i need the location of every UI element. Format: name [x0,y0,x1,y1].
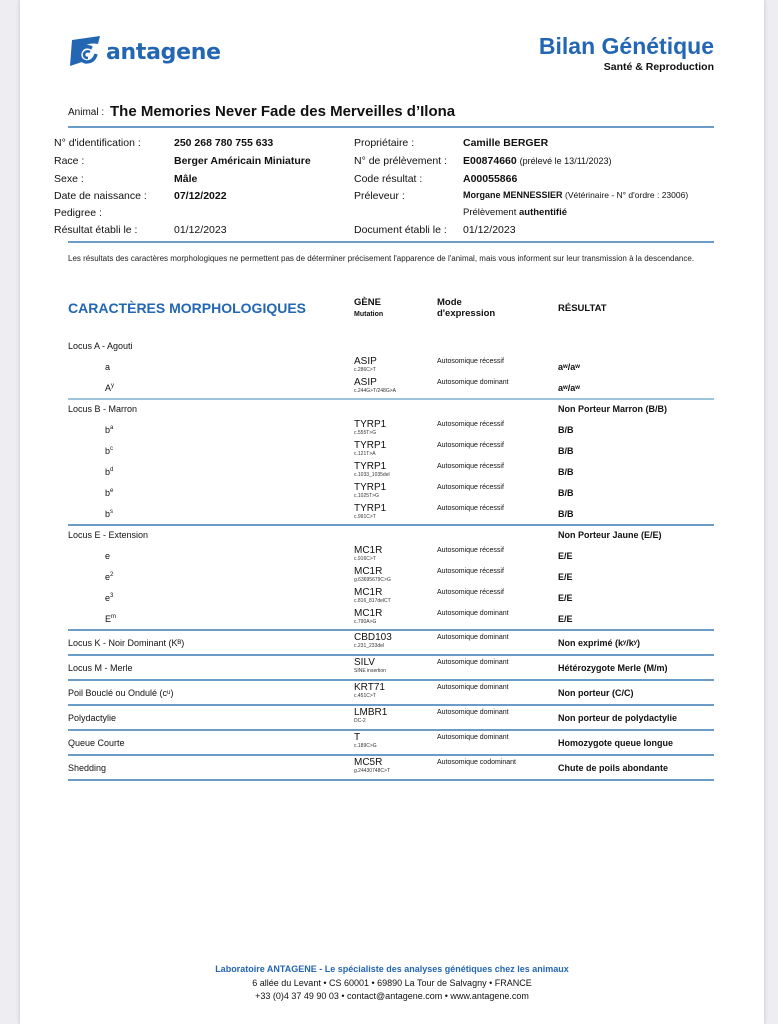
mutation-code: c.790A>G [354,619,382,625]
allele-result: B/B [558,488,574,498]
locus-summary: Non Porteur Jaune (E/E) [558,530,662,540]
info-value: 07/12/2022 [174,190,227,202]
gene-name: MC1R [354,545,382,556]
footer-address: 6 allée du Levant • CS 60001 • 69890 La … [20,978,764,988]
gene-name: T [354,732,360,743]
divider [68,629,714,631]
mode-of-expression: Autosomique codominant [437,759,516,766]
sample-value: E00874660 (prélevé le 13/11/2023) [463,155,612,167]
allele-result: aʷ/aʷ [558,362,580,372]
gene-name: KRT71 [354,682,385,693]
trait-label: Polydactylie [68,713,116,723]
gene-name: TYRP1 [354,482,386,493]
allele-label: bs [105,509,113,519]
gene-cell: TYRP1c.121T>A [354,441,386,457]
gene-cell: TYRP1c.1025T>G [354,483,386,499]
trait-label: Locus K - Noir Dominant (Kᴮ) [68,638,184,648]
divider [68,729,714,731]
gene-name: ASIP [354,377,377,388]
divider [68,704,714,706]
mutation-code: c.816_817delCT [354,598,391,604]
document-date-value: 01/12/2023 [463,224,516,236]
mutation-code: c.244G>T/248G>A [354,388,396,394]
gene-cell: LMBR1DC-2 [354,708,387,724]
mode-of-expression: Autosomique dominant [437,610,509,617]
allele-label: a [105,362,110,372]
mutation-code: SINE insertion [354,668,386,674]
locus-label: Locus B - Marron [68,404,137,414]
mutation-code: g.63695679C>G [354,577,391,583]
footer-lab-name: Laboratoire ANTAGENE - Le spécialiste de… [20,964,764,974]
footer-contact: +33 (0)4 37 49 90 03 • contact@antagene.… [20,991,764,1001]
mode-of-expression: Autosomique récessif [437,484,504,491]
mode-of-expression: Autosomique dominant [437,734,509,741]
locus-summary: Non Porteur Marron (B/B) [558,404,667,414]
trait-result: Chute de poils abondante [558,763,668,773]
document-page: antagene Bilan Génétique Santé & Reprodu… [20,0,764,1024]
mode-of-expression: Autosomique récessif [437,568,504,575]
allele-label: e3 [105,593,113,603]
mutation-code: c.189C>G [354,743,377,749]
gene-name: TYRP1 [354,419,386,430]
document-date-label: Document établi le : [354,224,447,236]
gene-cell: TYRP1c.555T>G [354,420,386,436]
info-label: Sexe : [54,173,84,185]
gene-cell: CBD103c.231_233del [354,633,392,649]
document-subtitle: Santé & Reproduction [604,61,714,73]
allele-label: Em [105,614,116,624]
logo-text: antagene [106,40,221,65]
info-label: Race : [54,155,84,167]
divider [68,524,714,526]
antagene-logo-icon [68,36,102,68]
allele-result: B/B [558,509,574,519]
mutation-code: c.991C>T [354,514,386,520]
mutation-code: g.24430748C>T [354,768,390,774]
trait-result: Non exprimé (kʸ/kʸ) [558,638,640,648]
column-header-mode: Moded'expression [437,297,495,319]
code-value: A00055866 [463,173,517,185]
allele-result: aʷ/aʷ [558,383,580,393]
info-value: 250 268 780 755 633 [174,137,273,149]
mode-of-expression: Autosomique dominant [437,709,509,716]
gene-cell: KRT71c.451C>T [354,683,385,699]
gene-name: TYRP1 [354,461,386,472]
info-value: 01/12/2023 [174,224,227,236]
mutation-code: c.451C>T [354,693,385,699]
gene-cell: TYRP1c.1033_1035del [354,462,390,478]
divider [68,241,714,243]
mode-of-expression: Autosomique dominant [437,379,509,386]
animal-name: The Memories Never Fade des Merveilles d… [110,103,455,120]
code-label: Code résultat : [354,173,422,185]
allele-result: B/B [558,446,574,456]
column-header-gene: GÈNEMutation [354,297,383,320]
mutation-code: c.286C>T [354,367,377,373]
mutation-code: c.1025T>G [354,493,386,499]
allele-label: Ay [105,383,114,393]
allele-result: B/B [558,425,574,435]
allele-label: ba [105,425,113,435]
gene-name: ASIP [354,356,377,367]
allele-result: E/E [558,572,573,582]
gene-cell: SILVSINE insertion [354,658,386,674]
gene-cell: MC1Rc.816_817delCT [354,588,391,604]
trait-label: Shedding [68,763,106,773]
allele-label: e [105,551,110,561]
mutation-code: c.231_233del [354,643,392,649]
mutation-code: c.916C>T [354,556,382,562]
locus-label: Locus A - Agouti [68,341,133,351]
gene-name: MC1R [354,587,382,598]
allele-result: E/E [558,614,573,624]
gene-name: TYRP1 [354,440,386,451]
mode-of-expression: Autosomique récessif [437,589,504,596]
gene-cell: TYRP1c.991C>T [354,504,386,520]
mode-of-expression: Autosomique récessif [437,358,504,365]
divider [68,679,714,681]
document-title: Bilan Génétique [539,33,714,60]
allele-label: be [105,488,113,498]
allele-result: E/E [558,593,573,603]
mode-of-expression: Autosomique récessif [437,505,504,512]
allele-result: B/B [558,467,574,477]
disclaimer-note: Les résultats des caractères morphologiq… [68,254,708,264]
mutation-code: c.1033_1035del [354,472,390,478]
trait-result: Non porteur (C/C) [558,688,634,698]
mode-of-expression: Autosomique récessif [437,547,504,554]
trait-label: Locus M - Merle [68,663,133,673]
gene-cell: MC1Rc.790A>G [354,609,382,625]
divider [68,779,714,781]
collector-value: Morgane MENNESSIER (Vétérinaire - N° d'o… [463,190,688,200]
gene-cell: ASIPc.244G>T/248G>A [354,378,396,394]
sample-label: N° de prélèvement : [354,155,447,167]
allele-label: e2 [105,572,113,582]
antagene-logo: antagene [68,36,221,68]
info-value: Mâle [174,173,197,185]
gene-cell: MC1Rg.63695679C>G [354,567,391,583]
gene-name: SILV [354,657,375,668]
mode-of-expression: Autosomique dominant [437,684,509,691]
mutation-code: c.121T>A [354,451,386,457]
gene-name: MC5R [354,757,382,768]
column-header-result: RÉSULTAT [558,303,607,314]
allele-result: E/E [558,551,573,561]
divider [68,398,714,400]
gene-name: MC1R [354,566,382,577]
owner-value: Camille BERGER [463,137,548,149]
gene-cell: ASIPc.286C>T [354,357,377,373]
info-label: N° d'identification : [54,137,141,149]
trait-result: Homozygote queue longue [558,738,673,748]
locus-label: Locus E - Extension [68,530,148,540]
animal-label: Animal : [68,107,104,118]
trait-label: Poil Bouclé ou Ondulé (cᵘ) [68,688,174,698]
mode-of-expression: Autosomique récessif [437,421,504,428]
info-label: Pedigree : [54,207,102,219]
info-label: Résultat établi le : [54,224,137,236]
allele-label: bd [105,467,113,477]
trait-label: Queue Courte [68,738,125,748]
trait-result: Hétérozygote Merle (M/m) [558,663,668,673]
gene-name: MC1R [354,608,382,619]
owner-label: Propriétaire : [354,137,414,149]
info-label: Date de naissance : [54,190,147,202]
mode-of-expression: Autosomique récessif [437,442,504,449]
mode-of-expression: Autosomique dominant [437,659,509,666]
divider [68,126,714,128]
authentication-status: Prélèvement authentifié [463,207,567,218]
mutation-code: DC-2 [354,718,387,724]
gene-cell: MC1Rc.916C>T [354,546,382,562]
section-title: CARACTÈRES MORPHOLOGIQUES [68,300,306,316]
gene-cell: MC5Rg.24430748C>T [354,758,390,774]
collector-label: Préleveur : [354,190,405,202]
trait-result: Non porteur de polydactylie [558,713,677,723]
gene-name: LMBR1 [354,707,387,718]
gene-name: TYRP1 [354,503,386,514]
info-value: Berger Américain Miniature [174,155,311,167]
mutation-code: c.555T>G [354,430,386,436]
allele-label: bc [105,446,113,456]
gene-name: CBD103 [354,632,392,643]
gene-cell: Tc.189C>G [354,733,377,749]
mode-of-expression: Autosomique dominant [437,634,509,641]
divider [68,654,714,656]
divider [68,754,714,756]
mode-of-expression: Autosomique récessif [437,463,504,470]
